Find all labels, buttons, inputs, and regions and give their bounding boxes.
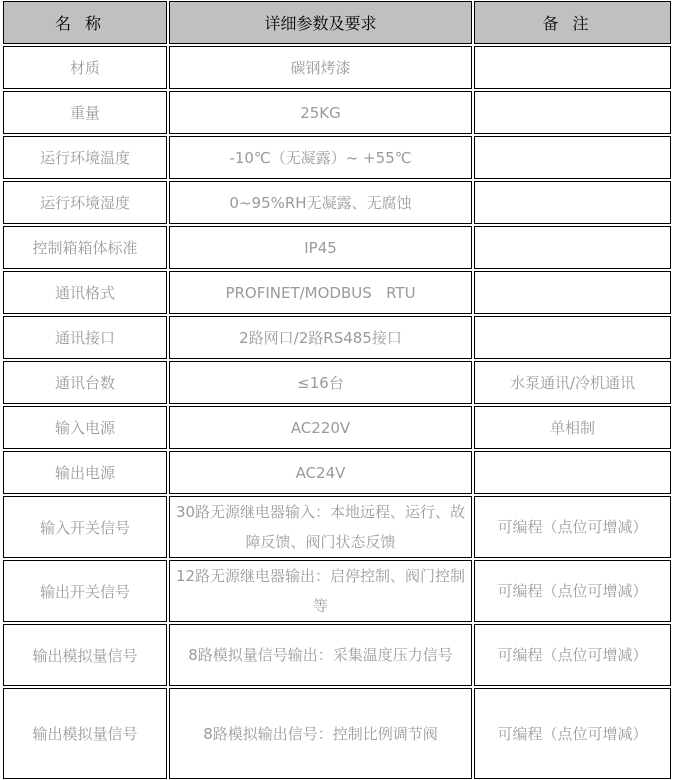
- row-name: 输出模拟量信号: [3, 624, 167, 686]
- table-row: 运行环境湿度 0~95%RH无凝露、无腐蚀: [3, 181, 671, 224]
- row-spec: 30路无源继电器输入：本地远程、运行、故障反馈、阀门状态反馈: [169, 496, 472, 558]
- row-spec: ≤16台: [169, 361, 472, 404]
- row-spec: PROFINET/MODBUS RTU: [169, 271, 472, 314]
- row-name: 通讯台数: [3, 361, 167, 404]
- table-row: 运行环境温度 -10℃（无凝露）~ +55℃: [3, 136, 671, 179]
- row-note: [474, 91, 671, 134]
- row-note: 可编程（点位可增减）: [474, 688, 671, 779]
- table-row: 通讯台数 ≤16台 水泵通讯/冷机通讯: [3, 361, 671, 404]
- row-note: [474, 181, 671, 224]
- row-note: [474, 451, 671, 494]
- table-row: 控制箱箱体标准 IP45: [3, 226, 671, 269]
- row-spec: -10℃（无凝露）~ +55℃: [169, 136, 472, 179]
- row-name: 输出电源: [3, 451, 167, 494]
- row-note: [474, 46, 671, 89]
- table-row: 通讯格式 PROFINET/MODBUS RTU: [3, 271, 671, 314]
- row-name: 输出模拟量信号: [3, 688, 167, 779]
- row-spec: 8路模拟量信号输出：采集温度压力信号: [169, 624, 472, 686]
- row-spec: 0~95%RH无凝露、无腐蚀: [169, 181, 472, 224]
- table-row: 输出电源 AC24V: [3, 451, 671, 494]
- row-note: [474, 136, 671, 179]
- row-note: [474, 226, 671, 269]
- header-name: 名称: [3, 1, 167, 44]
- row-spec: 碳钢烤漆: [169, 46, 472, 89]
- table-row: 输出模拟量信号 8路模拟输出信号：控制比例调节阀 可编程（点位可增减）: [3, 688, 671, 779]
- row-spec: 12路无源继电器输出：启停控制、阀门控制等: [169, 560, 472, 622]
- row-spec: 25KG: [169, 91, 472, 134]
- row-name: 通讯格式: [3, 271, 167, 314]
- row-name: 通讯接口: [3, 316, 167, 359]
- row-name: 输出开关信号: [3, 560, 167, 622]
- header-name-label: 名称: [55, 14, 115, 33]
- row-note: [474, 316, 671, 359]
- row-spec: AC24V: [169, 451, 472, 494]
- row-note: 可编程（点位可增减）: [474, 496, 671, 558]
- row-name: 输入开关信号: [3, 496, 167, 558]
- row-name: 控制箱箱体标准: [3, 226, 167, 269]
- row-note: 单相制: [474, 406, 671, 449]
- header-row: 名称 详细参数及要求 备注: [3, 1, 671, 44]
- table-row: 输入电源 AC220V 单相制: [3, 406, 671, 449]
- row-name: 运行环境湿度: [3, 181, 167, 224]
- row-name: 运行环境温度: [3, 136, 167, 179]
- row-note: [474, 271, 671, 314]
- spec-table: 名称 详细参数及要求 备注 材质 碳钢烤漆 重量 25KG 运行环境温度 -10…: [1, 0, 673, 780]
- row-spec: 2路网口/2路RS485接口: [169, 316, 472, 359]
- header-note: 备注: [474, 1, 671, 44]
- table-row: 输出开关信号 12路无源继电器输出：启停控制、阀门控制等 可编程（点位可增减）: [3, 560, 671, 622]
- table-row: 输入开关信号 30路无源继电器输入：本地远程、运行、故障反馈、阀门状态反馈 可编…: [3, 496, 671, 558]
- row-note: 可编程（点位可增减）: [474, 560, 671, 622]
- row-name: 材质: [3, 46, 167, 89]
- table-row: 材质 碳钢烤漆: [3, 46, 671, 89]
- row-note: 水泵通讯/冷机通讯: [474, 361, 671, 404]
- row-note: 可编程（点位可增减）: [474, 624, 671, 686]
- table-row: 输出模拟量信号 8路模拟量信号输出：采集温度压力信号 可编程（点位可增减）: [3, 624, 671, 686]
- row-name: 重量: [3, 91, 167, 134]
- table-row: 通讯接口 2路网口/2路RS485接口: [3, 316, 671, 359]
- header-note-label: 备注: [542, 14, 602, 33]
- row-name: 输入电源: [3, 406, 167, 449]
- header-spec: 详细参数及要求: [169, 1, 472, 44]
- row-spec: AC220V: [169, 406, 472, 449]
- row-spec: 8路模拟输出信号：控制比例调节阀: [169, 688, 472, 779]
- row-spec: IP45: [169, 226, 472, 269]
- table-row: 重量 25KG: [3, 91, 671, 134]
